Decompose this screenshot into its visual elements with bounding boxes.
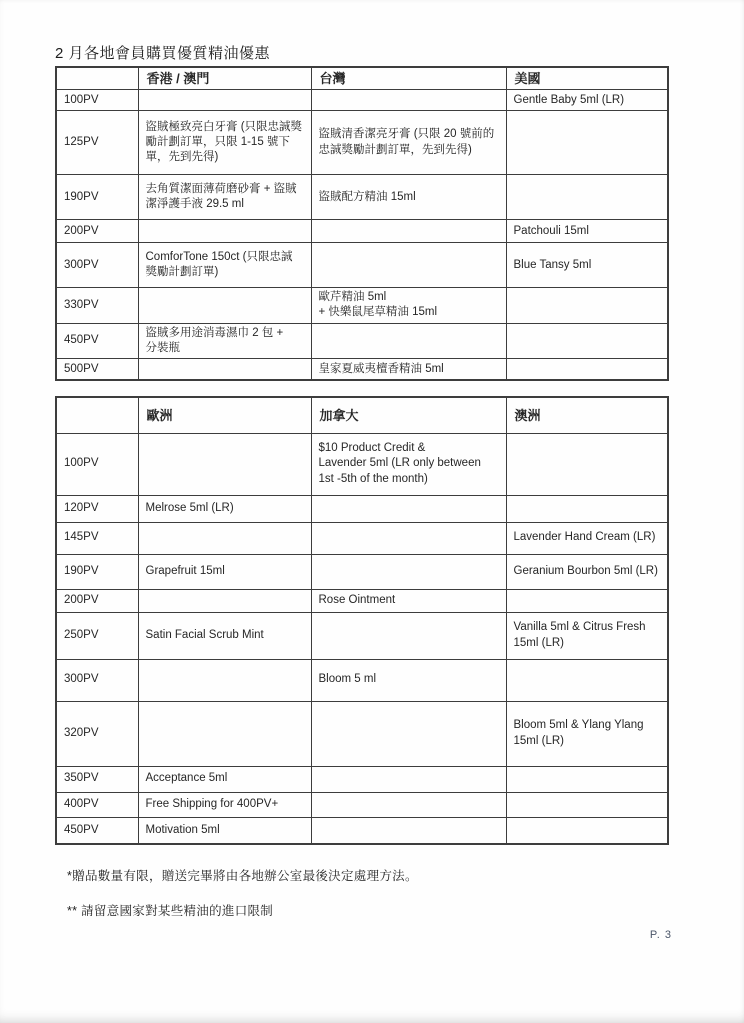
table-row: 330PV 歐芹精油 5ml + 快樂鼠尾草精油 15ml [56,288,668,323]
offer-cell-tw: 歐芹精油 5ml + 快樂鼠尾草精油 15ml [311,288,506,323]
column-header-blank [56,397,138,433]
offer-cell-ca: $10 Product Credit & Lavender 5ml (LR on… [311,433,506,495]
offer-cell-eu [138,522,311,554]
offer-cell-tw [311,90,506,111]
column-header-canada: 加拿大 [311,397,506,433]
table-row: 100PV Gentle Baby 5ml (LR) [56,90,668,111]
page-title: 2 月各地會員購買優質精油優惠 [55,42,270,63]
offer-cell-tw [311,243,506,288]
pv-cell: 190PV [56,554,138,589]
offer-cell-hk [138,288,311,323]
footnote-import-restriction: ** 請留意國家對某些精油的進口限制 [67,901,273,919]
west-offers-table: 歐洲 加拿大 澳洲 100PV $10 Product Credit & Lav… [55,396,669,845]
pv-cell: 120PV [56,495,138,522]
offer-cell-us [506,111,668,175]
offer-cell-ca [311,817,506,844]
offer-cell-au [506,792,668,817]
offer-cell-eu [138,589,311,612]
offer-cell-eu: Melrose 5ml (LR) [138,495,311,522]
table-header-row: 歐洲 加拿大 澳洲 [56,397,668,433]
pv-cell: 250PV [56,612,138,659]
pv-cell: 350PV [56,766,138,792]
offer-cell-us [506,358,668,380]
table-row: 500PV 皇家夏威夷檀香精油 5ml [56,358,668,380]
offer-cell-us [506,288,668,323]
offer-cell-au [506,433,668,495]
offer-cell-ca [311,495,506,522]
offer-cell-au: Lavender Hand Cream (LR) [506,522,668,554]
offer-cell-eu: Free Shipping for 400PV+ [138,792,311,817]
offer-cell-hk [138,90,311,111]
offer-cell-us: Patchouli 15ml [506,220,668,243]
offer-cell-eu [138,433,311,495]
pv-cell: 100PV [56,433,138,495]
offer-cell-tw: 皇家夏威夷檀香精油 5ml [311,358,506,380]
offer-cell-eu: Acceptance 5ml [138,766,311,792]
offer-cell-au [506,659,668,701]
offer-cell-hk: 盜賊多用途消毒濕巾 2 包 + 分裝瓶 [138,323,311,358]
offer-cell-au [506,766,668,792]
offer-cell-au: Vanilla 5ml & Citrus Fresh 15ml (LR) [506,612,668,659]
offer-cell-tw: 盜賊清香潔亮牙膏 (只限 20 號前的忠誠獎勵計劃訂單，先到先得) [311,111,506,175]
pv-cell: 125PV [56,111,138,175]
offer-cell-hk [138,220,311,243]
offer-cell-ca [311,701,506,766]
offer-cell-eu: Motivation 5ml [138,817,311,844]
offer-cell-us: Blue Tansy 5ml [506,243,668,288]
offer-cell-au: Geranium Bourbon 5ml (LR) [506,554,668,589]
offer-cell-us: Gentle Baby 5ml (LR) [506,90,668,111]
pv-cell: 450PV [56,817,138,844]
offer-cell-ca [311,766,506,792]
table-row: 300PV Bloom 5 ml [56,659,668,701]
table-header-row: 香港 / 澳門 台灣 美國 [56,67,668,90]
offer-cell-eu [138,659,311,701]
table-row: 250PV Satin Facial Scrub Mint Vanilla 5m… [56,612,668,659]
pv-cell: 145PV [56,522,138,554]
table-row: 190PV 去角質潔面薄荷磨砂膏 + 盜賊潔淨護手液 29.5 ml 盜賊配方精… [56,175,668,220]
pv-cell: 400PV [56,792,138,817]
table-row: 125PV 盜賊極致亮白牙膏 (只限忠誠獎勵計劃訂單，只限 1-15 號下單，先… [56,111,668,175]
offer-cell-au [506,817,668,844]
pv-cell: 200PV [56,589,138,612]
offer-cell-hk [138,358,311,380]
table-row: 450PV Motivation 5ml [56,817,668,844]
column-header-australia: 澳洲 [506,397,668,433]
offer-cell-au: Bloom 5ml & Ylang Ylang 15ml (LR) [506,701,668,766]
offer-cell-ca [311,554,506,589]
offer-cell-ca [311,522,506,554]
offer-cell-hk: 盜賊極致亮白牙膏 (只限忠誠獎勵計劃訂單，只限 1-15 號下單，先到先得) [138,111,311,175]
pv-cell: 320PV [56,701,138,766]
column-header-usa: 美國 [506,67,668,90]
table-row: 320PV Bloom 5ml & Ylang Ylang 15ml (LR) [56,701,668,766]
table-row: 450PV 盜賊多用途消毒濕巾 2 包 + 分裝瓶 [56,323,668,358]
table-row: 200PV Patchouli 15ml [56,220,668,243]
page-number: P. 3 [0,929,672,941]
offer-cell-hk: ComforTone 150ct (只限忠誠獎勵計劃訂單) [138,243,311,288]
table-row: 145PV Lavender Hand Cream (LR) [56,522,668,554]
offer-cell-tw [311,323,506,358]
table-row: 300PV ComforTone 150ct (只限忠誠獎勵計劃訂單) Blue… [56,243,668,288]
pv-cell: 200PV [56,220,138,243]
offer-cell-tw: 盜賊配方精油 15ml [311,175,506,220]
footnote-gift-limit: *贈品數量有限，贈送完畢將由各地辦公室最後決定處理方法。 [67,866,418,884]
pv-cell: 450PV [56,323,138,358]
column-header-taiwan: 台灣 [311,67,506,90]
offer-cell-tw [311,220,506,243]
table-row: 100PV $10 Product Credit & Lavender 5ml … [56,433,668,495]
pv-cell: 500PV [56,358,138,380]
offer-cell-hk: 去角質潔面薄荷磨砂膏 + 盜賊潔淨護手液 29.5 ml [138,175,311,220]
pv-cell: 300PV [56,659,138,701]
offer-cell-eu [138,701,311,766]
offer-cell-us [506,175,668,220]
table-row: 350PV Acceptance 5ml [56,766,668,792]
pv-cell: 330PV [56,288,138,323]
offer-cell-ca: Rose Ointment [311,589,506,612]
offer-cell-ca [311,792,506,817]
asia-offers-table: 香港 / 澳門 台灣 美國 100PV Gentle Baby 5ml (LR)… [55,66,669,381]
table-row: 400PV Free Shipping for 400PV+ [56,792,668,817]
offer-cell-au [506,495,668,522]
column-header-hk-macau: 香港 / 澳門 [138,67,311,90]
offer-cell-au [506,589,668,612]
offer-cell-eu: Grapefruit 15ml [138,554,311,589]
document-page: 2 月各地會員購買優質精油優惠 香港 / 澳門 台灣 美國 100PV Gent… [0,0,744,1023]
offer-cell-eu: Satin Facial Scrub Mint [138,612,311,659]
pv-cell: 100PV [56,90,138,111]
offer-cell-us [506,323,668,358]
table-row: 200PV Rose Ointment [56,589,668,612]
table-row: 190PV Grapefruit 15ml Geranium Bourbon 5… [56,554,668,589]
offer-cell-ca [311,612,506,659]
column-header-europe: 歐洲 [138,397,311,433]
column-header-blank [56,67,138,90]
pv-cell: 300PV [56,243,138,288]
table-row: 120PV Melrose 5ml (LR) [56,495,668,522]
offer-cell-ca: Bloom 5 ml [311,659,506,701]
pv-cell: 190PV [56,175,138,220]
